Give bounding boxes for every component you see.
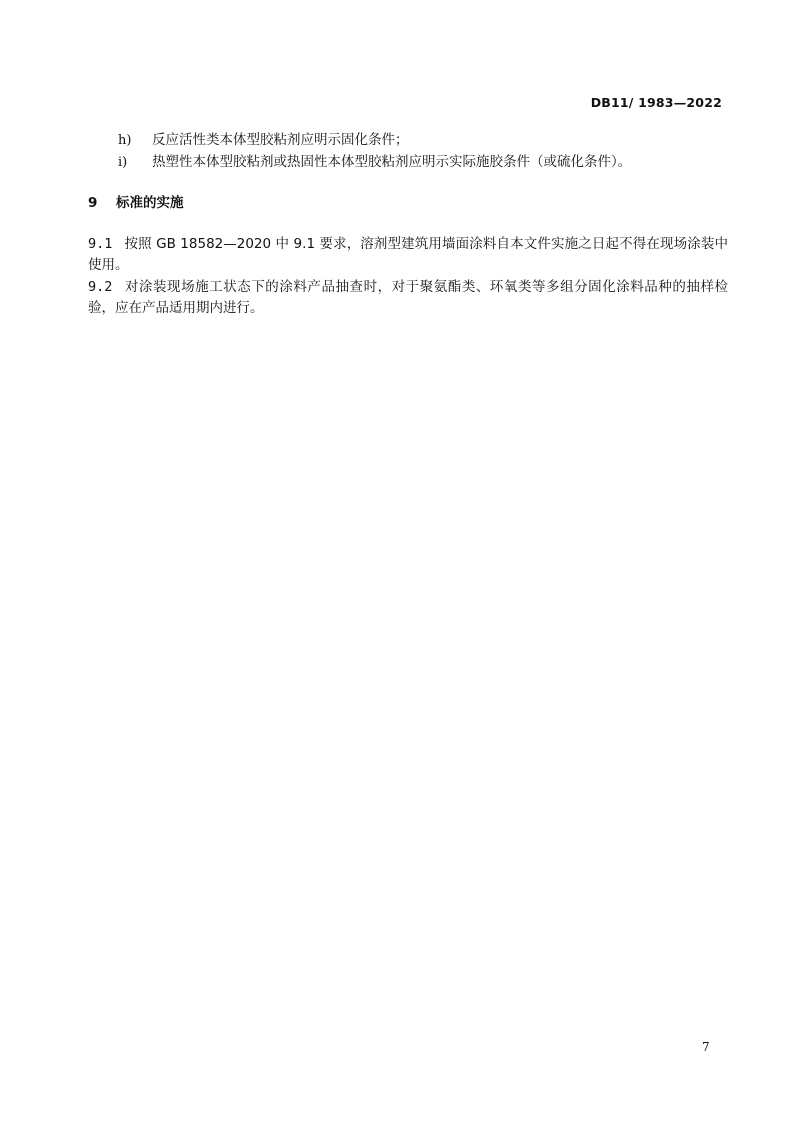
list-item-text: 热塑性本体型胶粘剂或热固性本体型胶粘剂应明示实际施胶条件（或硫化条件）。 — [152, 154, 631, 170]
clause-text: 对涂装现场施工状态下的涂料产品抽查时，对于聚氨酯类、环氧类等多组分固化涂料品种的… — [88, 279, 728, 316]
list-item-text: 反应活性类本体型胶粘剂应明示固化条件； — [152, 132, 409, 148]
list-item-h: h)反应活性类本体型胶粘剂应明示固化条件； — [118, 130, 409, 151]
list-marker: h) — [118, 131, 152, 151]
list-marker: i) — [118, 153, 152, 173]
list-item-i: i)热塑性本体型胶粘剂或热固性本体型胶粘剂应明示实际施胶条件（或硫化条件）。 — [118, 152, 631, 173]
clause-text: 按照 GB 18582—2020 中 9.1 要求，溶剂型建筑用墙面涂料自本文件… — [88, 236, 728, 273]
standard-code: DB11/ 1983—2022 — [591, 95, 722, 110]
clause-number: 9.2 — [88, 279, 112, 295]
clause-9-2: 9.2对涂装现场施工状态下的涂料产品抽查时，对于聚氨酯类、环氧类等多组分固化涂料… — [88, 277, 728, 319]
section-number: 9 — [88, 193, 116, 213]
section-title: 标准的实施 — [116, 195, 184, 211]
clause-9-1: 9.1按照 GB 18582—2020 中 9.1 要求，溶剂型建筑用墙面涂料自… — [88, 234, 728, 276]
page-number: 7 — [702, 1040, 710, 1054]
clause-number: 9.1 — [88, 236, 112, 252]
section-heading: 9标准的实施 — [88, 193, 184, 213]
